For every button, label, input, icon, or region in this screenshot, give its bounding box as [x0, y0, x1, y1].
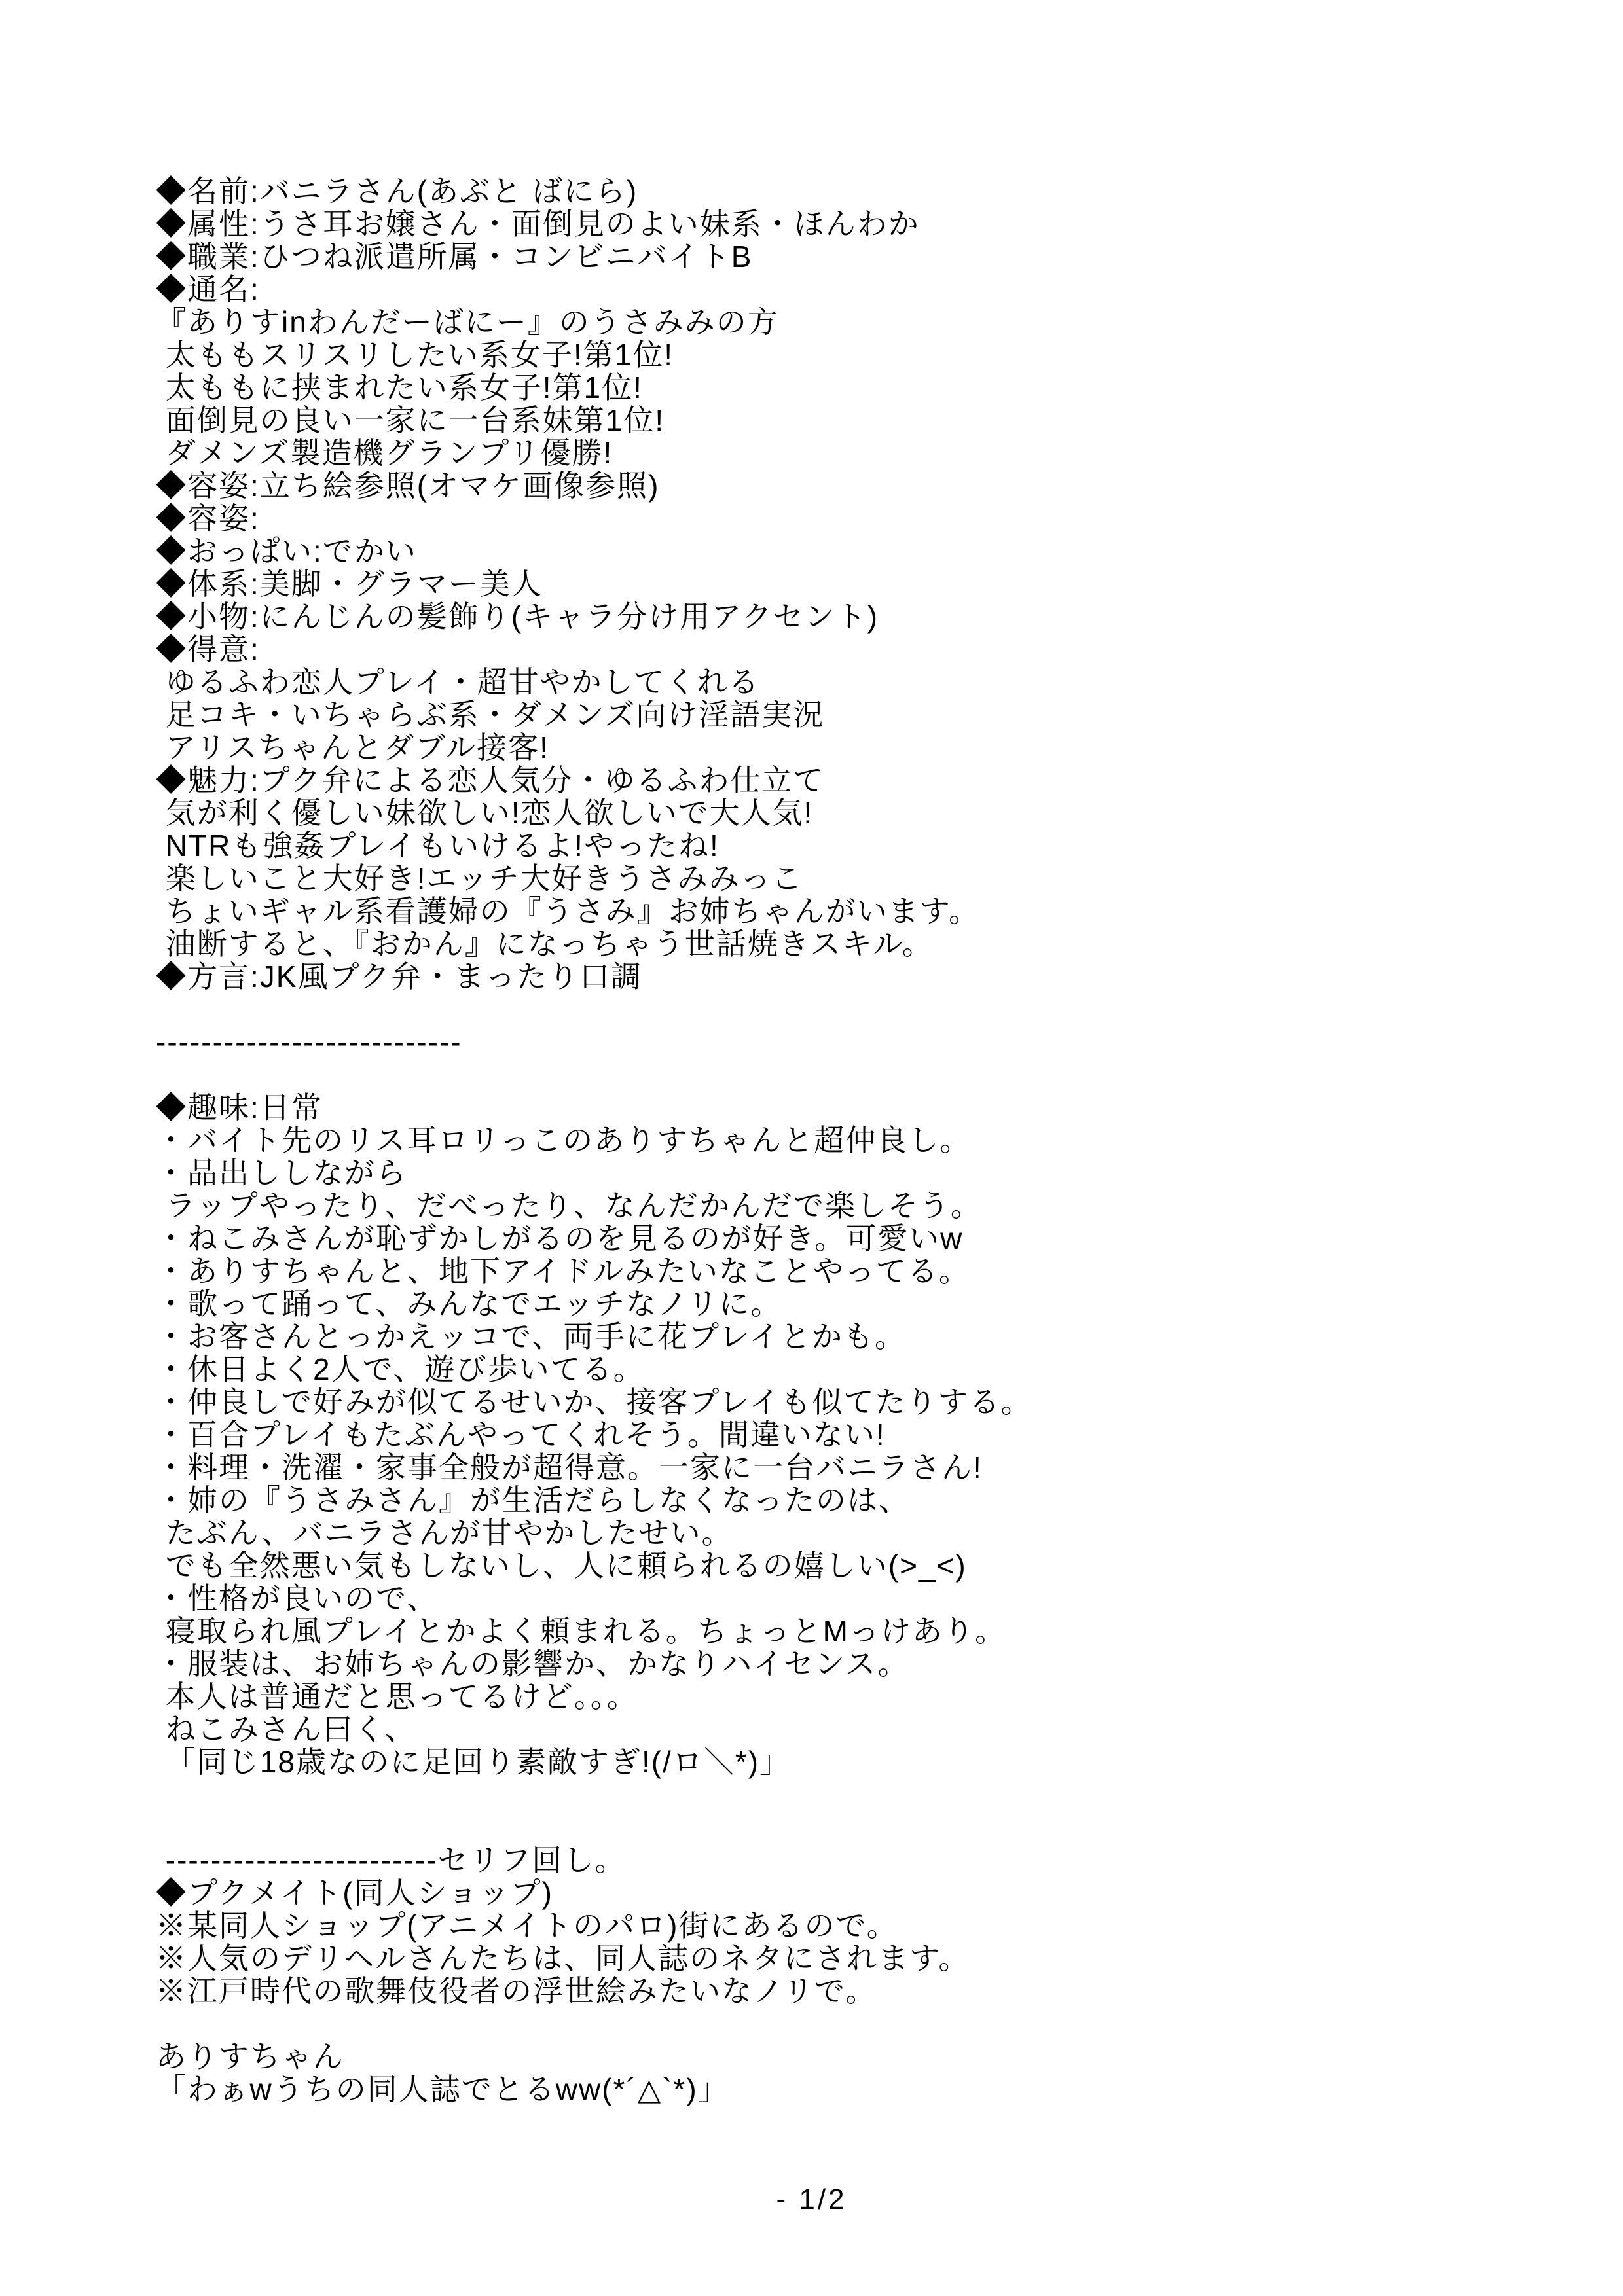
text-line: ・性格が良いので、 — [156, 1582, 1584, 1615]
text-line: ◆趣味:日常 — [156, 1091, 1584, 1124]
text-line: 太ももスリスリしたい系女子!第1位! — [156, 338, 1584, 371]
text-line: ・歌って踊って、みんなでエッチなノリに。 — [156, 1287, 1584, 1320]
separator-line: --------------------------- — [156, 1026, 1584, 1058]
text-line: ・お客さんとっかえッコで、両手に花プレイとかも。 — [156, 1320, 1584, 1353]
text-line: ねこみさん曰く、 — [156, 1713, 1584, 1746]
text-line: ◆通名: — [156, 273, 1584, 306]
text-line: NTRも強姦プレイもいけるよ!やったね! — [156, 829, 1584, 862]
text-line: 太ももに挟まれたい系女子!第1位! — [156, 371, 1584, 404]
text-line: ◆小物:にんじんの髪飾り(キャラ分け用アクセント) — [156, 600, 1584, 633]
text-line: 楽しいこと大好き!エッチ大好きうさみみっこ — [156, 862, 1584, 895]
text-line: ・百合プレイもたぶんやってくれそう。間違いない! — [156, 1418, 1584, 1451]
text-line: ◆容姿: — [156, 502, 1584, 535]
text-line: ◆体系:美脚・グラマー美人 — [156, 567, 1584, 600]
text-line: ラップやったり、だべったり、なんだかんだで楽しそう。 — [156, 1189, 1584, 1222]
text-line: ◆方言:JK風プク弁・まったり口調 — [156, 960, 1584, 993]
text-line: ◆属性:うさ耳お嬢さん・面倒見のよい妹系・ほんわか — [156, 207, 1584, 240]
text-line: 「同じ18歳なのに足回り素敵すぎ!(/ロ＼*)」 — [156, 1746, 1584, 1778]
text-line: でも全然悪い気もしないし、人に頼られるの嬉しい(>_<) — [156, 1549, 1584, 1582]
text-line: アリスちゃんとダブル接客! — [156, 731, 1584, 764]
text-line: ・バイト先のリス耳ロリっこのありすちゃんと超仲良し。 — [156, 1124, 1584, 1157]
text-line: ありすちゃん — [156, 2040, 1584, 2073]
text-line: たぶん、バニラさんが甘やかしたせい。 — [156, 1516, 1584, 1549]
blank-line — [156, 1778, 1584, 1811]
text-line: ◆職業:ひつね派遣所属・コンビニバイトB — [156, 240, 1584, 273]
text-line: ◆容姿:立ち絵参照(オマケ画像参照) — [156, 469, 1584, 502]
text-line: ・仲良しで好みが似てるせいか、接客プレイも似てたりする。 — [156, 1386, 1584, 1418]
text-line: ・ありすちゃんと、地下アイドルみたいなことやってる。 — [156, 1255, 1584, 1287]
blank-line — [156, 1058, 1584, 1091]
text-line: ※某同人ショップ(アニメイトのパロ)街にあるので。 — [156, 1909, 1584, 1942]
text-line: ちょいギャル系看護婦の『うさみ』お姉ちゃんがいます。 — [156, 895, 1584, 927]
document-page: ◆名前:バニラさん(あぶと ばにら)◆属性:うさ耳お嬢さん・面倒見のよい妹系・ほ… — [0, 0, 1623, 2296]
blank-line — [156, 1811, 1584, 1844]
text-line: ◆名前:バニラさん(あぶと ばにら) — [156, 175, 1584, 207]
blank-line — [156, 993, 1584, 1026]
text-line: ・姉の『うさみさん』が生活だらしなくなったのは、 — [156, 1484, 1584, 1516]
text-line: ・服装は、お姉ちゃんの影響か、かなりハイセンス。 — [156, 1647, 1584, 1680]
text-line: ・休日よく2人で、遊び歩いてる。 — [156, 1353, 1584, 1386]
text-line: ・品出ししながら — [156, 1157, 1584, 1189]
text-line: 面倒見の良い一家に一台系妹第1位! — [156, 404, 1584, 437]
text-line: ダメンズ製造機グランプリ優勝! — [156, 437, 1584, 469]
text-line: 本人は普通だと思ってるけど。。。 — [156, 1680, 1584, 1713]
text-line: ------------------------セリフ回し。 — [156, 1844, 1584, 1876]
blank-line — [156, 2007, 1584, 2040]
text-line: ※人気のデリヘルさんたちは、同人誌のネタにされます。 — [156, 1942, 1584, 1975]
text-line: ゆるふわ恋人プレイ・超甘やかしてくれる — [156, 666, 1584, 698]
document-text: ◆名前:バニラさん(あぶと ばにら)◆属性:うさ耳お嬢さん・面倒見のよい妹系・ほ… — [156, 175, 1584, 2106]
text-line: 足コキ・いちゃらぶ系・ダメンズ向け淫語実況 — [156, 698, 1584, 731]
text-line: 気が利く優しい妹欲しい!恋人欲しいで大人気! — [156, 797, 1584, 829]
text-line: 『ありすinわんだーばにー』のうさみみの方 — [156, 306, 1584, 338]
text-line: 「わぁwうちの同人誌でとるww(*´△`*)」 — [156, 2073, 1584, 2106]
text-line: ・ねこみさんが恥ずかしがるのを見るのが好き。可愛いw — [156, 1222, 1584, 1255]
text-line: 油断すると、『おかん』になっちゃう世話焼きスキル。 — [156, 927, 1584, 960]
text-line: 寝取られ風プレイとかよく頼まれる。ちょっとMっけあり。 — [156, 1615, 1584, 1647]
text-line: ◆得意: — [156, 633, 1584, 666]
text-line: ◆おっぱい:でかい — [156, 535, 1584, 567]
text-line: ・料理・洗濯・家事全般が超得意。一家に一台バニラさん! — [156, 1451, 1584, 1484]
text-line: ◆魅力:プク弁による恋人気分・ゆるふわ仕立て — [156, 764, 1584, 797]
text-line: ※江戸時代の歌舞伎役者の浮世絵みたいなノリで。 — [156, 1975, 1584, 2007]
text-line: ◆プクメイト(同人ショップ) — [156, 1876, 1584, 1909]
page-number: - 1/2 — [0, 2183, 1623, 2216]
